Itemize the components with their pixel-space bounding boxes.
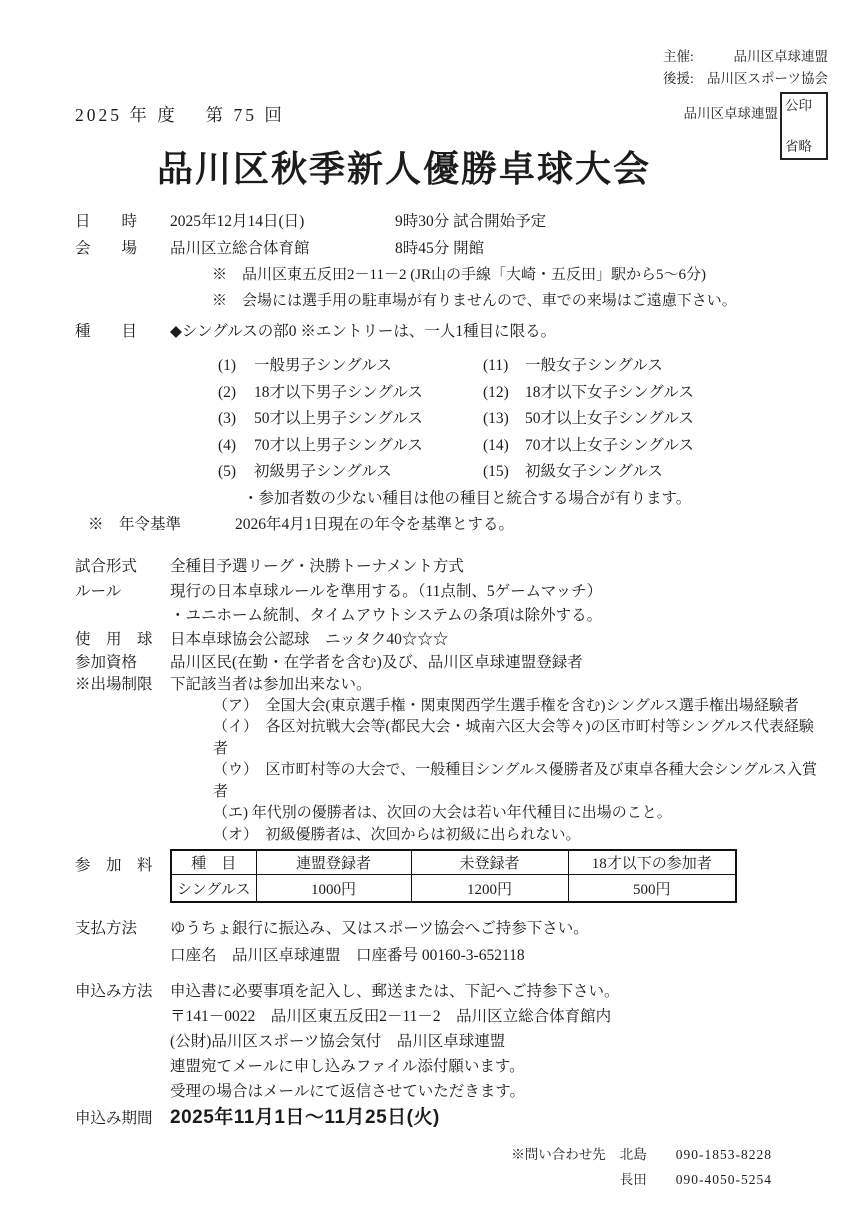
payment-label: 支払方法 [75, 915, 170, 942]
event-number: (12) [483, 380, 525, 407]
support-label: 後援: [663, 68, 694, 90]
restriction-row: ※出場制限 下記該当者は参加出来ない。 [75, 674, 828, 696]
event-name: 70才以上女子シングルス [525, 433, 694, 460]
contact-label: ※問い合わせ先 [511, 1142, 606, 1192]
application-method-label: 申込み方法 [75, 979, 170, 1004]
event-name: 50才以上男子シングルス [254, 406, 423, 433]
restriction-item: （エ) 年代別の優勝者は、次回の大会は若い年代種目に出場のこと。 [213, 803, 828, 825]
seal-box-bottom-text: 省略 [785, 139, 823, 154]
event-name: 18才以下女子シングルス [525, 380, 694, 407]
payment-value: ゆうちょ銀行に振込み、又はスポーツ協会へご持参下さい。 [170, 915, 589, 942]
format-section: 試合形式 全種目予選リーグ・決勝トーナメント方式 ルール 現行の日本卓球ルールを… [75, 554, 828, 847]
fee-col-registered: 連盟登録者 [256, 850, 411, 875]
seal-box-top-text: 公印 [785, 98, 823, 113]
event-number: (4) [218, 433, 254, 460]
event-name: 70才以上男子シングルス [254, 433, 423, 460]
application-method-value: 申込書に必要事項を記入し、郵送または、下記へご持参下さい。 [170, 979, 620, 1004]
eligibility-value: 品川区民(在勤・在学者を含む)及び、品川区卓球連盟登録者 [170, 652, 583, 674]
contact-name: 長田 [620, 1167, 662, 1192]
events-label: 種 目 [75, 318, 170, 345]
restriction-item: （ウ） 区市町村等の大会で、一般種目シングルス優勝者及び東卓各種大会シングルス入… [213, 760, 828, 803]
tournament-announcement-document: 主催: 品川区卓球連盟 後援: 品川区スポーツ協会 2025 年 度 第 75 … [0, 0, 868, 1228]
sponsor-block: 主催: 品川区卓球連盟 後援: 品川区スポーツ協会 [663, 46, 828, 90]
restriction-item: （イ） 各区対抗戦大会等(都民大会・城南六区大会等々)の区市町村等シングルス代表… [213, 717, 828, 760]
event-name: 一般女子シングルス [525, 353, 663, 380]
application-period-label: 申込み期間 [75, 1106, 170, 1131]
fee-table-header-row: 種 目 連盟登録者 未登録者 18才以下の参加者 [171, 850, 736, 875]
age-basis-value: 2026年4月1日現在の年令を基準とする。 [235, 512, 514, 538]
fee-cell-registered: 1000円 [256, 875, 411, 903]
event-row: (4)70才以上男子シングルス (14)70才以上女子シングルス [218, 433, 828, 460]
match-format-label: 試合形式 [75, 554, 170, 579]
eligibility-row: 参加資格 品川区民(在勤・在学者を含む)及び、品川区卓球連盟登録者 [75, 652, 828, 674]
venue-label: 会 場 [75, 235, 170, 262]
application-period-row: 申込み期間 2025年11月1日～11月25日(火) [75, 1104, 828, 1132]
ball-row: 使 用 球 日本卓球協会公認球 ニッタク40☆☆☆ [75, 627, 828, 652]
events-list: (1)一般男子シングルス (11)一般女子シングルス (2)18才以下男子シング… [218, 353, 828, 486]
payment-section: 支払方法 ゆうちょ銀行に振込み、又はスポーツ協会へご持参下さい。 口座名 品川区… [75, 915, 828, 969]
seal-omitted-box: 公印 省略 [780, 92, 828, 160]
contact-phone: 090-4050-5254 [676, 1167, 772, 1192]
rule-value: 現行の日本卓球ルールを準用する。（11点制、5ゲームマッチ） [170, 579, 602, 604]
support-value: 品川区スポーツ協会 [707, 68, 828, 90]
fee-table-data-row: シングルス 1000円 1200円 500円 [171, 875, 736, 903]
open-time: 8時45分 開館 [395, 240, 484, 257]
event-name: 一般男子シングルス [254, 353, 392, 380]
ball-label: 使 用 球 [75, 627, 170, 652]
event-number: (1) [218, 353, 254, 380]
event-row: (1)一般男子シングルス (11)一般女子シングルス [218, 353, 828, 380]
event-row: (5)初級男子シングルス (15)初級女子シングルス [218, 459, 828, 486]
event-number: (11) [483, 353, 525, 380]
info-section: 日 時 2025年12月14日(日)9時30分 試合開始予定 会 場 品川区立総… [75, 208, 828, 314]
sponsor-value: 品川区卓球連盟 [734, 46, 829, 68]
contact-section: ※問い合わせ先 北島 090-1853-8228 長田 090-4050-525… [75, 1142, 828, 1192]
start-time: 9時30分 試合開始予定 [395, 213, 546, 230]
event-row: (3)50才以上男子シングルス (13)50才以上女子シングルス [218, 406, 828, 433]
event-number: (13) [483, 406, 525, 433]
event-number: (3) [218, 406, 254, 433]
datetime-label: 日 時 [75, 208, 170, 235]
payment-row: 支払方法 ゆうちょ銀行に振込み、又はスポーツ協会へご持参下さい。 [75, 915, 828, 942]
event-number: (2) [218, 380, 254, 407]
event-number: (14) [483, 433, 525, 460]
restriction-label: ※出場制限 [75, 674, 170, 696]
eligibility-label: 参加資格 [75, 652, 170, 674]
application-reply-note: 受理の場合はメールにて返信させていただきます。 [170, 1079, 828, 1104]
events-merge-note: ・参加者数の少ない種目は他の種目と統合する場合が有ります。 [243, 486, 828, 512]
events-heading: ◆シングルスの部0 ※エントリーは、一人1種目に限る。 [170, 318, 556, 345]
support-line: 後援: 品川区スポーツ協会 [663, 68, 828, 90]
venue-address-note: ※ 品川区東五反田2－11－2 (JR山の手線「大崎・五反田」駅から5～6分) [212, 262, 828, 288]
seal-organization: 品川区卓球連盟 [684, 102, 779, 160]
restriction-item: （オ） 初級優勝者は、次回からは初級に出られない。 [213, 825, 828, 847]
sponsor-label: 主催: [663, 46, 694, 68]
age-basis-label: ※ 年令基準 [75, 512, 235, 538]
application-email-note: 連盟宛てメールに申し込みファイル添付願います。 [170, 1054, 828, 1079]
match-format-value: 全種目予選リーグ・決勝トーナメント方式 [170, 554, 464, 579]
ball-value: 日本卓球協会公認球 ニッタク40☆☆☆ [170, 627, 448, 652]
application-section: 申込み方法 申込書に必要事項を記入し、郵送または、下記へご持参下さい。 〒141… [75, 979, 828, 1132]
event-name: 18才以下男子シングルス [254, 380, 423, 407]
event-name: 50才以上女子シングルス [525, 406, 694, 433]
fee-col-unregistered: 未登録者 [411, 850, 568, 875]
datetime-value: 2025年12月14日(日)9時30分 試合開始予定 [170, 208, 546, 235]
venue-value: 品川区立総合体育館8時45分 開館 [170, 235, 484, 262]
contact-name: 北島 [620, 1142, 662, 1167]
event-number: (15) [483, 459, 525, 486]
year-row: 2025 年 度 第 75 回 品川区卓球連盟 公印 省略 [75, 96, 828, 146]
fee-cell-event: シングルス [171, 875, 256, 903]
datetime-row: 日 時 2025年12月14日(日)9時30分 試合開始予定 [75, 208, 828, 235]
page-title: 品川区秋季新人優勝卓球大会 [75, 146, 733, 192]
sponsor-line: 主催: 品川区卓球連盟 [663, 46, 828, 68]
contact-entry: 長田 090-4050-5254 [620, 1167, 772, 1192]
application-method-row: 申込み方法 申込書に必要事項を記入し、郵送または、下記へご持参下さい。 [75, 979, 828, 1004]
rule-row: ルール 現行の日本卓球ルールを準用する。（11点制、5ゲームマッチ） [75, 579, 828, 604]
bank-account-line: 口座名 品川区卓球連盟 口座番号 00160-3-652118 [170, 942, 828, 969]
contact-phone: 090-1853-8228 [676, 1142, 772, 1167]
age-basis-row: ※ 年令基準 2026年4月1日現在の年令を基準とする。 [75, 512, 828, 538]
application-address-line2: (公財)品川区スポーツ協会気付 品川区卓球連盟 [170, 1029, 828, 1054]
fee-section: 参 加 料 種 目 連盟登録者 未登録者 18才以下の参加者 シングルス 100… [75, 849, 828, 903]
event-name: 初級女子シングルス [525, 459, 663, 486]
fee-col-under18: 18才以下の参加者 [568, 850, 736, 875]
application-address-line1: 〒141－0022 品川区東五反田2－11－2 品川区立総合体育館内 [170, 1004, 828, 1029]
match-format-row: 試合形式 全種目予選リーグ・決勝トーナメント方式 [75, 554, 828, 579]
venue-row: 会 場 品川区立総合体育館8時45分 開館 [75, 235, 828, 262]
fee-label: 参 加 料 [75, 849, 170, 903]
parking-note: ※ 会場には選手用の駐車場が有りませんので、車での来場はご遠慮下さい。 [212, 288, 828, 314]
fee-cell-under18: 500円 [568, 875, 736, 903]
rule-exception-note: ・ユニホーム統制、タイムアウトシステムの条項は除外する。 [170, 604, 828, 627]
seal-group: 品川区卓球連盟 公印 省略 [684, 92, 829, 160]
event-row: (2)18才以下男子シングルス (12)18才以下女子シングルス [218, 380, 828, 407]
fee-table: 種 目 連盟登録者 未登録者 18才以下の参加者 シングルス 1000円 120… [170, 849, 737, 903]
contact-entry: 北島 090-1853-8228 [620, 1142, 772, 1167]
event-number: (5) [218, 459, 254, 486]
fee-cell-unregistered: 1200円 [411, 875, 568, 903]
fee-col-event: 種 目 [171, 850, 256, 875]
contact-entries: 北島 090-1853-8228 長田 090-4050-5254 [620, 1142, 772, 1192]
restriction-value: 下記該当者は参加出来ない。 [170, 674, 372, 696]
events-heading-row: 種 目 ◆シングルスの部0 ※エントリーは、一人1種目に限る。 [75, 318, 828, 345]
application-period-value: 2025年11月1日～11月25日(火) [170, 1104, 440, 1132]
event-name: 初級男子シングルス [254, 459, 392, 486]
restriction-item: （ア） 全国大会(東京選手権・関東関西学生選手権を含む)シングルス選手権出場経験… [213, 696, 828, 718]
rule-label: ルール [75, 579, 170, 604]
